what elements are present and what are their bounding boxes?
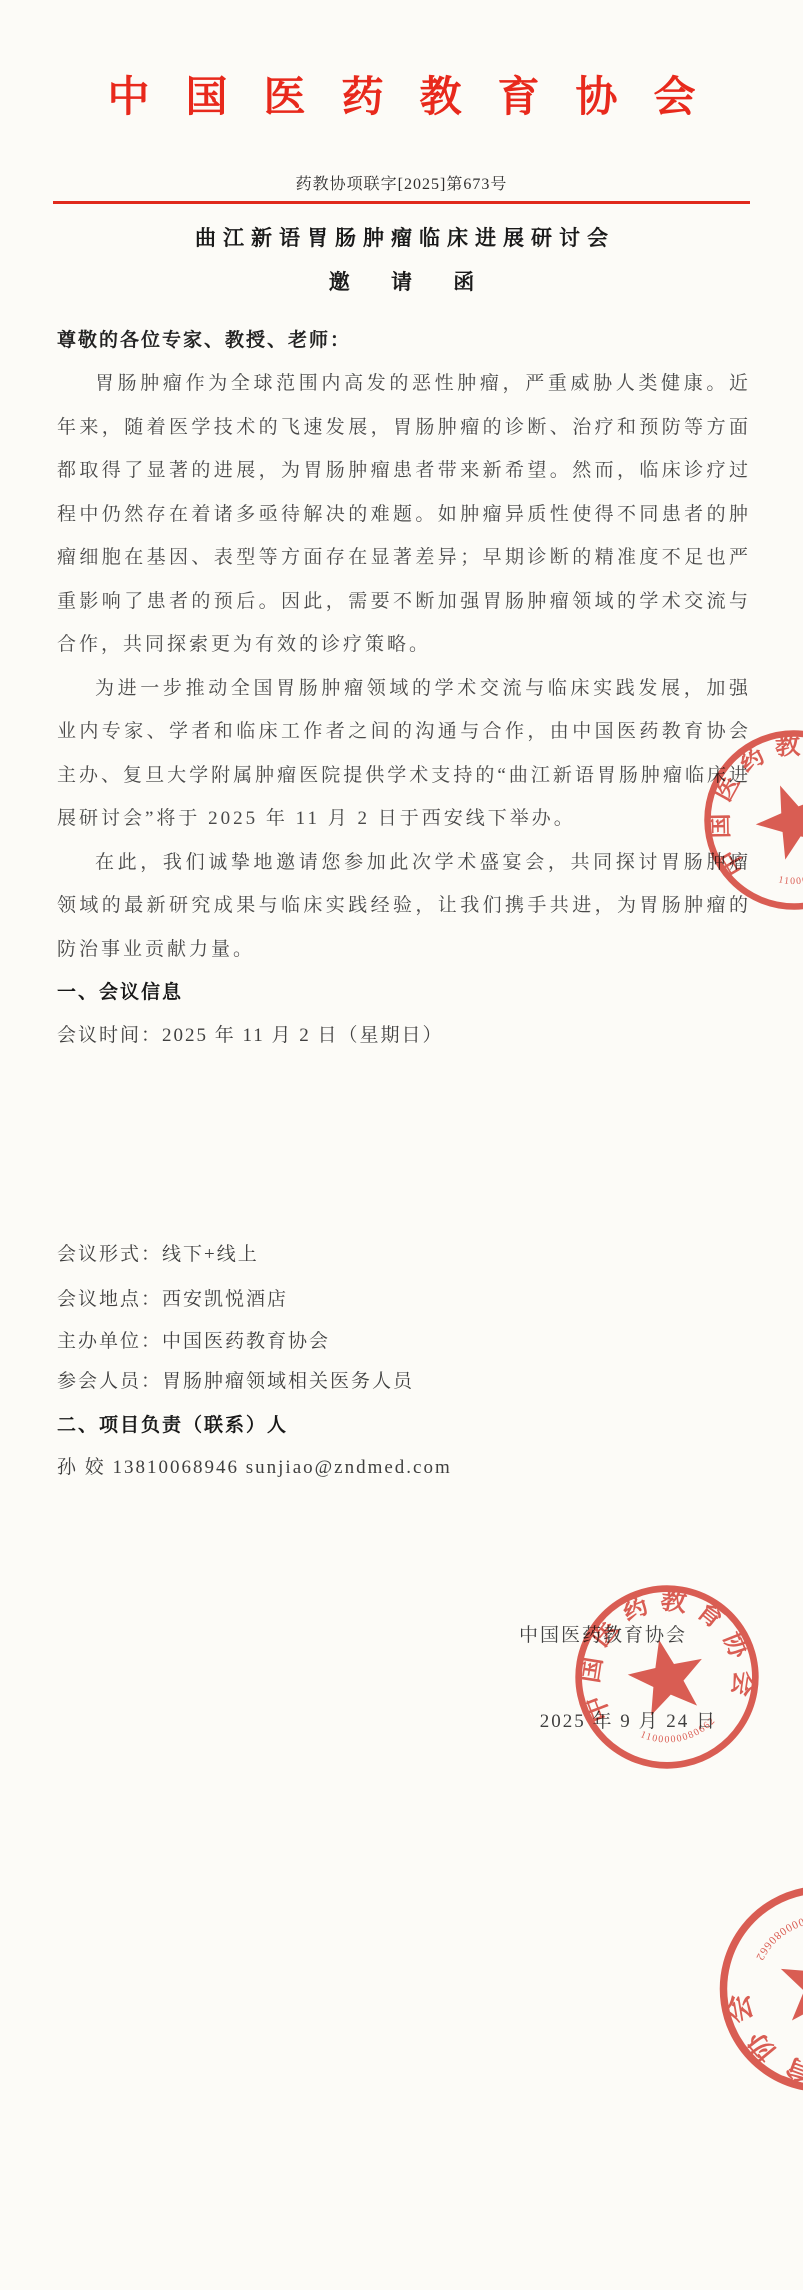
seal-star-icon xyxy=(746,772,803,865)
doc-number: 药教协项联字[2025]第673号 xyxy=(0,171,803,194)
event-title: 曲江新语胃肠肿瘤临床进展研讨会 xyxy=(0,222,803,252)
svg-text:1100000080662: 1100000080662 xyxy=(745,1900,803,1967)
official-seal-stamp-signature: 中国医药教育协会 1100000080662 xyxy=(554,1564,779,1789)
paragraph: 在此，我们诚挚地邀请您参加此次学术盛宴会，共同探讨胃肠肿瘤领域的最新研究成果与临… xyxy=(57,841,751,972)
meeting-format-line: 会议形式：线下+线上 xyxy=(57,1239,259,1266)
svg-text:1100000080662: 1100000080662 xyxy=(637,1714,721,1753)
red-divider-line xyxy=(53,201,750,204)
letter-body: 胃肠肿瘤作为全球范围内高发的恶性肿瘤，严重威胁人类健康。近年来，随着医学技术的飞… xyxy=(57,362,751,971)
salutation: 尊敬的各位专家、教授、老师： xyxy=(57,325,351,352)
paragraph: 为进一步推动全国胃肠肿瘤领域的学术交流与临床实践发展，加强业内专家、学者和临床工… xyxy=(57,667,751,841)
seal-number: 1100000080662 xyxy=(745,1900,803,1967)
seal-star-icon xyxy=(622,1632,711,1718)
meeting-venue-line: 会议地点：西安凯悦酒店 xyxy=(57,1284,288,1311)
meeting-attendees-line: 参会人员：胃肠肿瘤领域相关医务人员 xyxy=(57,1366,414,1393)
section-heading-contact: 二、项目负责（联系）人 xyxy=(57,1410,288,1437)
seal-number: 1100000080662 xyxy=(637,1714,721,1753)
section-heading-meeting-info: 一、会议信息 xyxy=(57,977,183,1004)
seal-star-icon xyxy=(767,1934,803,2047)
paragraph: 胃肠肿瘤作为全球范围内高发的恶性肿瘤，严重威胁人类健康。近年来，随着医学技术的飞… xyxy=(57,362,751,667)
document-page: 中国医药教育协会 药教协项联字[2025]第673号 曲江新语胃肠肿瘤临床进展研… xyxy=(0,0,803,2290)
meeting-host-line: 主办单位：中国医药教育协会 xyxy=(57,1326,330,1353)
meeting-time-line: 会议时间：2025 年 11 月 2 日（星期日） xyxy=(57,1020,444,1047)
org-name-heading: 中国医药教育协会 xyxy=(0,64,803,124)
contact-person-line: 孙 姣 13810068946 sunjiao@zndmed.com xyxy=(57,1452,452,1479)
invitation-subtitle: 邀 请 函 xyxy=(0,266,803,296)
official-seal-stamp-bottom: 中国医药教育协会 1100000080662 xyxy=(677,1843,803,2135)
